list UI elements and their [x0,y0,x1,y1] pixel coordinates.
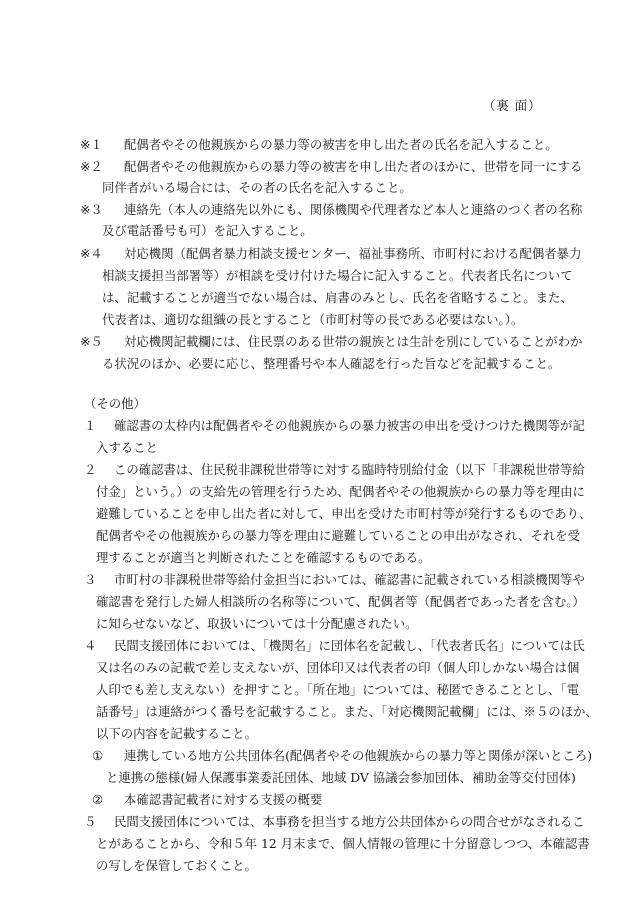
note-4-cont-1: 相談支援担当部署等）が相談を受け付けた場合に記入すること。代表者氏名について [102,268,573,284]
note-5: ※５対応機関記載欄には、住民票のある世帯の親族とは生計を別にしていることがわか [80,334,582,350]
other-item-2-cont-3: 配偶者やその他親族からの暴力等を理由に避難していることの申出がなされ、それを受 [96,528,580,544]
other-item-4-cont-2: 人印でも差し支えない）を押すこと。「所在地」については、秘匿できることとし、「電 [96,682,579,698]
other-item-4: ４民間支援団体においては、「機関名」に団体名を記載し、「代表者氏名」については氏 [84,638,585,654]
note-2: ※２配偶者やその他親族からの暴力等の被害を申し出た者のほかに、世帯を同一にする [80,159,582,175]
note-1: ※１配偶者やその他親族からの暴力等の被害を申し出た者の氏名を記入すること。 [80,137,558,153]
other-item-2-cont-1: 付金」という。）の支給先の管理を行うため、配偶者やその他親族からの暴力等を理由に [96,484,585,500]
note-4-cont-3: 代表者は、適切な組織の長とすること（市町村等の長である必要はない。）。 [102,312,523,328]
other-item-4-sub-2: ②本確認書記載者に対する支援の概要 [92,792,322,808]
other-item-4-sub-1: ①連携している地方公共団体名(配偶者やその他親族からの暴力等と関係が深いところ) [92,748,592,764]
note-4-cont-2: は、記載することが適当でない場合は、肩書のみとし、氏名を省略すること。また、 [102,290,573,306]
note-2-cont: 同伴者がいる場合には、その者の氏名を記入すること。 [102,180,412,196]
other-item-4-sub-1-cont: と連携の態様(婦人保護事業委託団体、地域 DV 協議会参加団体、補助金等交付団体… [106,770,576,786]
other-item-4-cont-4: 以下の内容を記載すること。 [96,726,257,742]
other-item-3-cont-2: に知らせないなど、取扱いについては十分配慮されたい。 [96,616,418,632]
other-item-5-cont-1: とがあることから、令和５年 12 月末まで、個人情報の管理に十分留意しつつ、本確… [96,836,590,852]
other-item-5-cont-2: の写しを保管しておくこと。 [96,858,257,874]
other-item-1: １確認書の太枠内は配偶者やその他親族からの暴力被害の申出を受けつけた機関等が記 [84,418,585,434]
other-item-2: ２この確認書は、住民税非課税世帯等に対する臨時特別給付金（以下「非課税世帯等給 [84,462,585,478]
other-heading: （その他） [84,396,146,412]
other-item-2-cont-4: 理することが適当と判断されたことを確認するものである。 [96,550,431,566]
other-item-1-cont: 入すること [96,440,158,456]
note-4: ※４対応機関（配偶者暴力相談支援センター、福祉事務所、市町村における配偶者暴力 [80,246,581,262]
other-item-4-cont-1: 又は名のみの記載で差し支えないが、団体印又は代表者の印（個人印しかない場合は個 [96,660,579,676]
other-item-3-cont-1: 確認書を発行した婦人相談所の名称等について、配偶者等（配偶者であった者を含む。） [96,594,585,610]
note-3: ※３連絡先（本人の連絡先以外にも、関係機関や代理者など本人と連絡のつく者の名称 [80,202,582,218]
page-side-label: （裏 面） [483,96,542,114]
other-item-4-cont-3: 話番号」は連絡がつく番号を記載すること。また、「対応機関記載欄」には、※５のほか… [96,704,598,720]
note-5-cont: る状況のほか、必要に応じ、整理番号や本人確認を行った旨などを記載すること。 [102,356,560,372]
other-item-2-cont-2: 避難していることを申し出た者に対して、申出を受けた市町村等が発行するものであり、 [96,506,591,522]
other-item-5: ５民間支援団体については、本事務を担当する地方公共団体からの問合せがなされるこ [84,814,585,830]
other-item-3: ３市町村の非課税世帯等給付金担当においては、確認書に記載されている相談機関等や [84,572,585,588]
note-3-cont: 及び電話番号も可）を記入すること。 [102,223,313,239]
